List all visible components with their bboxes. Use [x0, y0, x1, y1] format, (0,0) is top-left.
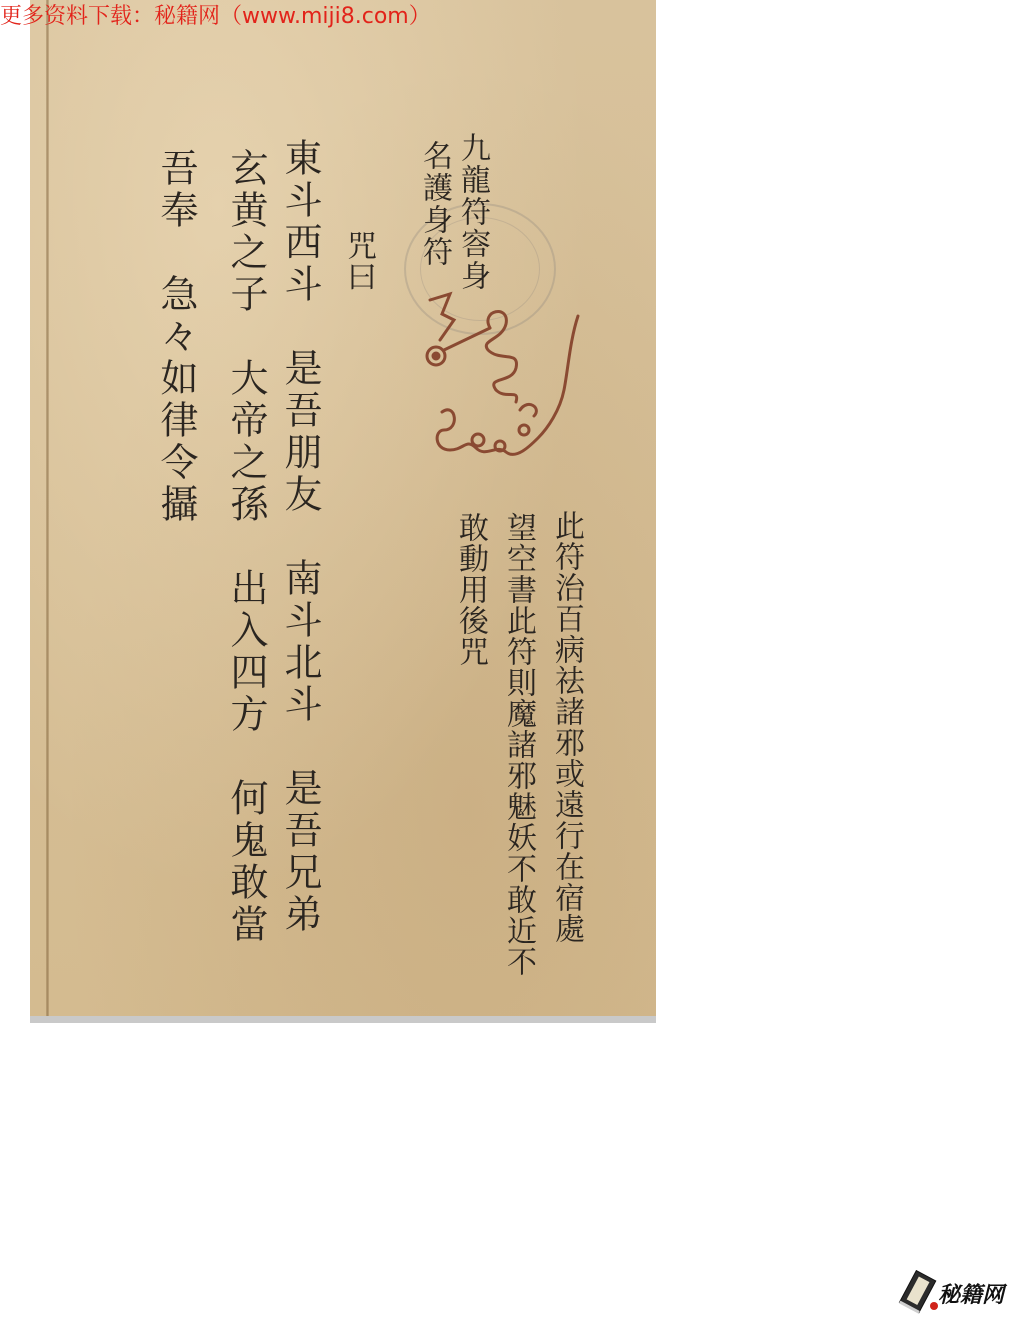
site-logo[interactable]: 秘籍网: [898, 1270, 1018, 1316]
watermark-banner[interactable]: 更多资料下载：秘籍网（www.miji8.com）: [0, 2, 431, 34]
note-column-3: 敢動用後咒: [452, 512, 488, 667]
book-icon: [898, 1270, 938, 1316]
title-column-1: 九龍符䆟身: [454, 132, 490, 292]
watermark-text: 多资料下载：秘籍网（www.miji8.com）: [22, 4, 431, 29]
incantation-column-1: 東斗西斗 是吾朋友 南斗北斗 是吾兄弟: [278, 138, 322, 936]
note-column-1: 此符治百病祛諸邪或遠行在宿處: [548, 510, 584, 944]
watermark-first-char: 更: [0, 4, 22, 29]
page-bottom-border: [30, 1016, 656, 1023]
title-column-2: 名護身符: [416, 140, 452, 268]
talisman-drawing-icon: [420, 280, 580, 470]
logo-text: 秘籍网: [938, 1278, 1004, 1309]
note-column-2: 望空書此符則魔諸邪魅妖不敢近不: [500, 512, 536, 977]
incantation-heading: 咒曰: [340, 230, 376, 292]
binding-edge-line: [46, 0, 49, 1016]
incantation-column-2: 玄黄之子 大帝之孫 出入四方 何鬼敢當: [224, 148, 268, 946]
incantation-column-3: 吾奉 急々如律令攝: [154, 148, 198, 526]
